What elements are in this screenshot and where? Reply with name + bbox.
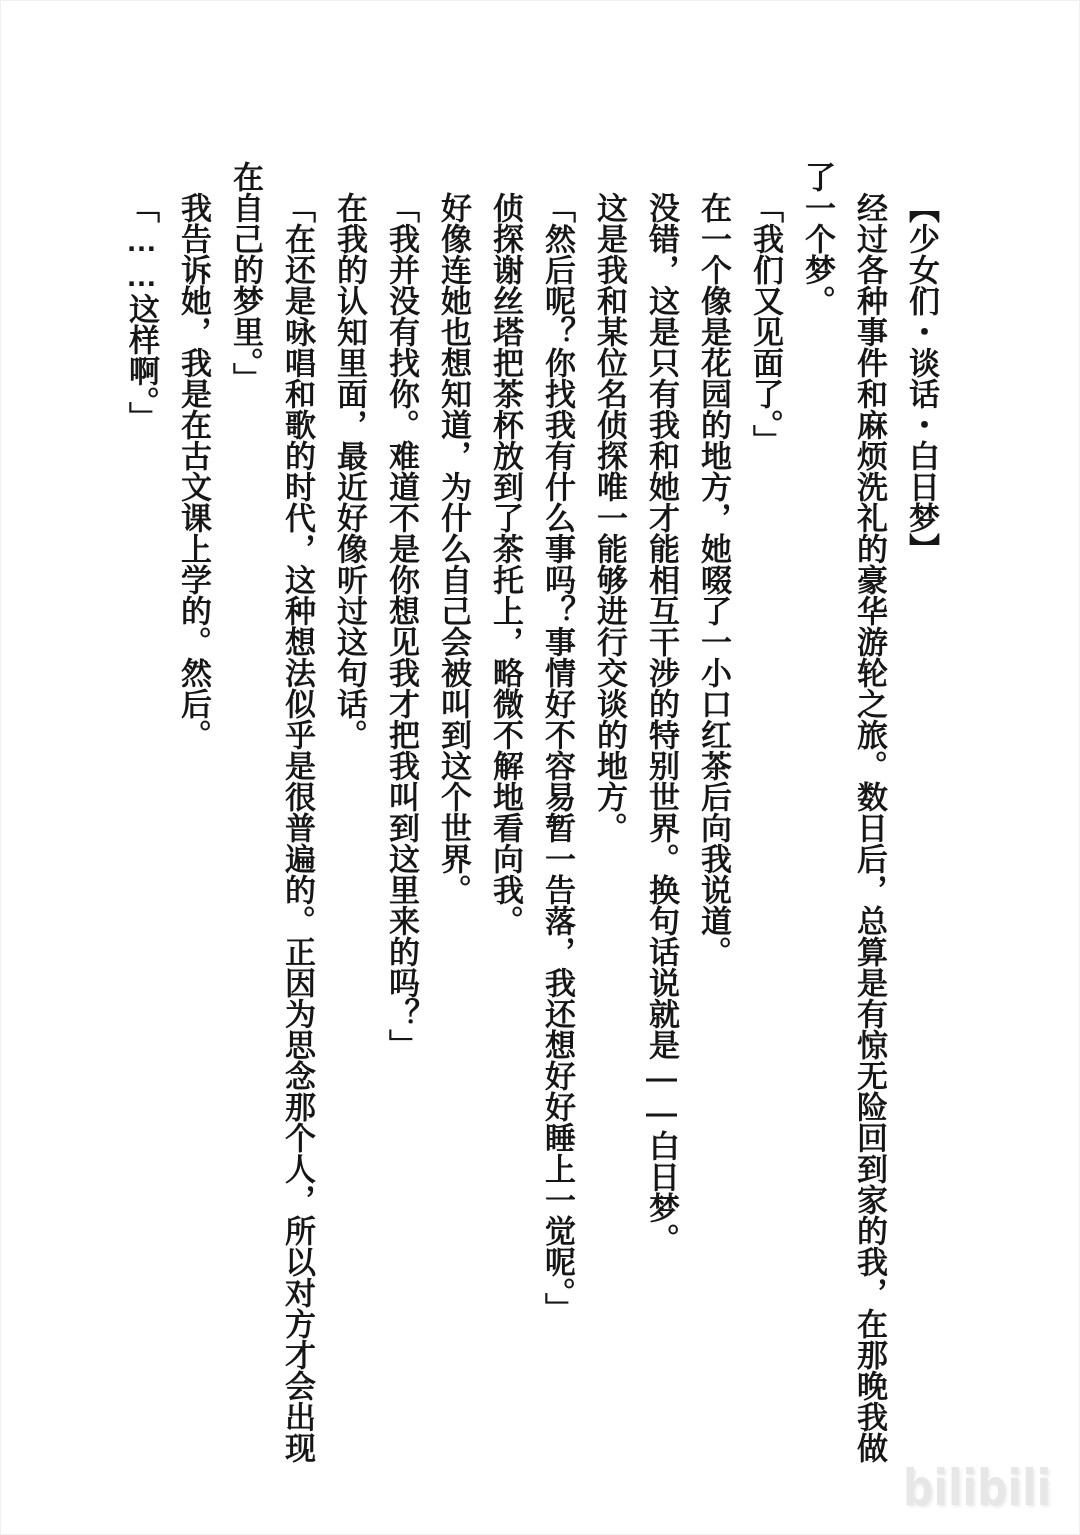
paragraph: 没错，这是只有我和她才能相互干涉的特别世界。换句话说就是——白日梦。 <box>635 161 687 1469</box>
paragraph: 侦探谢丝塔把茶杯放到了茶托上，略微不解地看向我。 <box>479 161 531 1469</box>
paragraph: 「我并没有找你。难道不是你想见我才把我叫到这里来的吗？」 <box>375 161 427 1469</box>
paragraph: 「然后呢？你找我有什么事吗？事情好不容易暂一告落，我还想好好睡上一觉呢。」 <box>531 161 583 1469</box>
paragraph: 在我的认知里面，最近好像听过这句话。 <box>323 161 375 1469</box>
paragraph: 在一个像是花园的地方，她啜了一小口红茶后向我说道。 <box>687 161 739 1469</box>
paragraph: 「我们又见面了。」 <box>739 161 791 1469</box>
paragraph: 「在还是咏唱和歌的时代，这种想法似乎是很普遍的。正因为思念那个人，所以对方才会出… <box>219 161 323 1469</box>
bilibili-manga-watermark: bilibili 漫画 <box>903 1453 1080 1511</box>
page-text-block: 【少女们・谈话・白日梦】 经过各种事件和麻烦洗礼的豪华游轮之旅。数日后，总算是有… <box>115 161 947 1469</box>
paragraph: 这是我和某位名侦探唯一能够进行交谈的地方。 <box>583 161 635 1469</box>
paragraph: 我告诉她，我是在古文课上学的。然后。 <box>167 161 219 1469</box>
bilibili-logo-wordmark: bilibili <box>903 1465 1051 1511</box>
paragraph: 经过各种事件和麻烦洗礼的豪华游轮之旅。数日后，总算是有惊无险回到家的我，在那晚我… <box>791 161 895 1469</box>
paragraph: 好像连她也想知道，为什么自己会被叫到这个世界。 <box>427 161 479 1469</box>
paragraph: 「……这样啊。」 <box>115 161 167 1469</box>
chapter-title: 【少女们・谈话・白日梦】 <box>895 161 947 1469</box>
novel-page[interactable]: 【少女们・谈话・白日梦】 经过各种事件和麻烦洗礼的豪华游轮之旅。数日后，总算是有… <box>0 0 1080 1535</box>
